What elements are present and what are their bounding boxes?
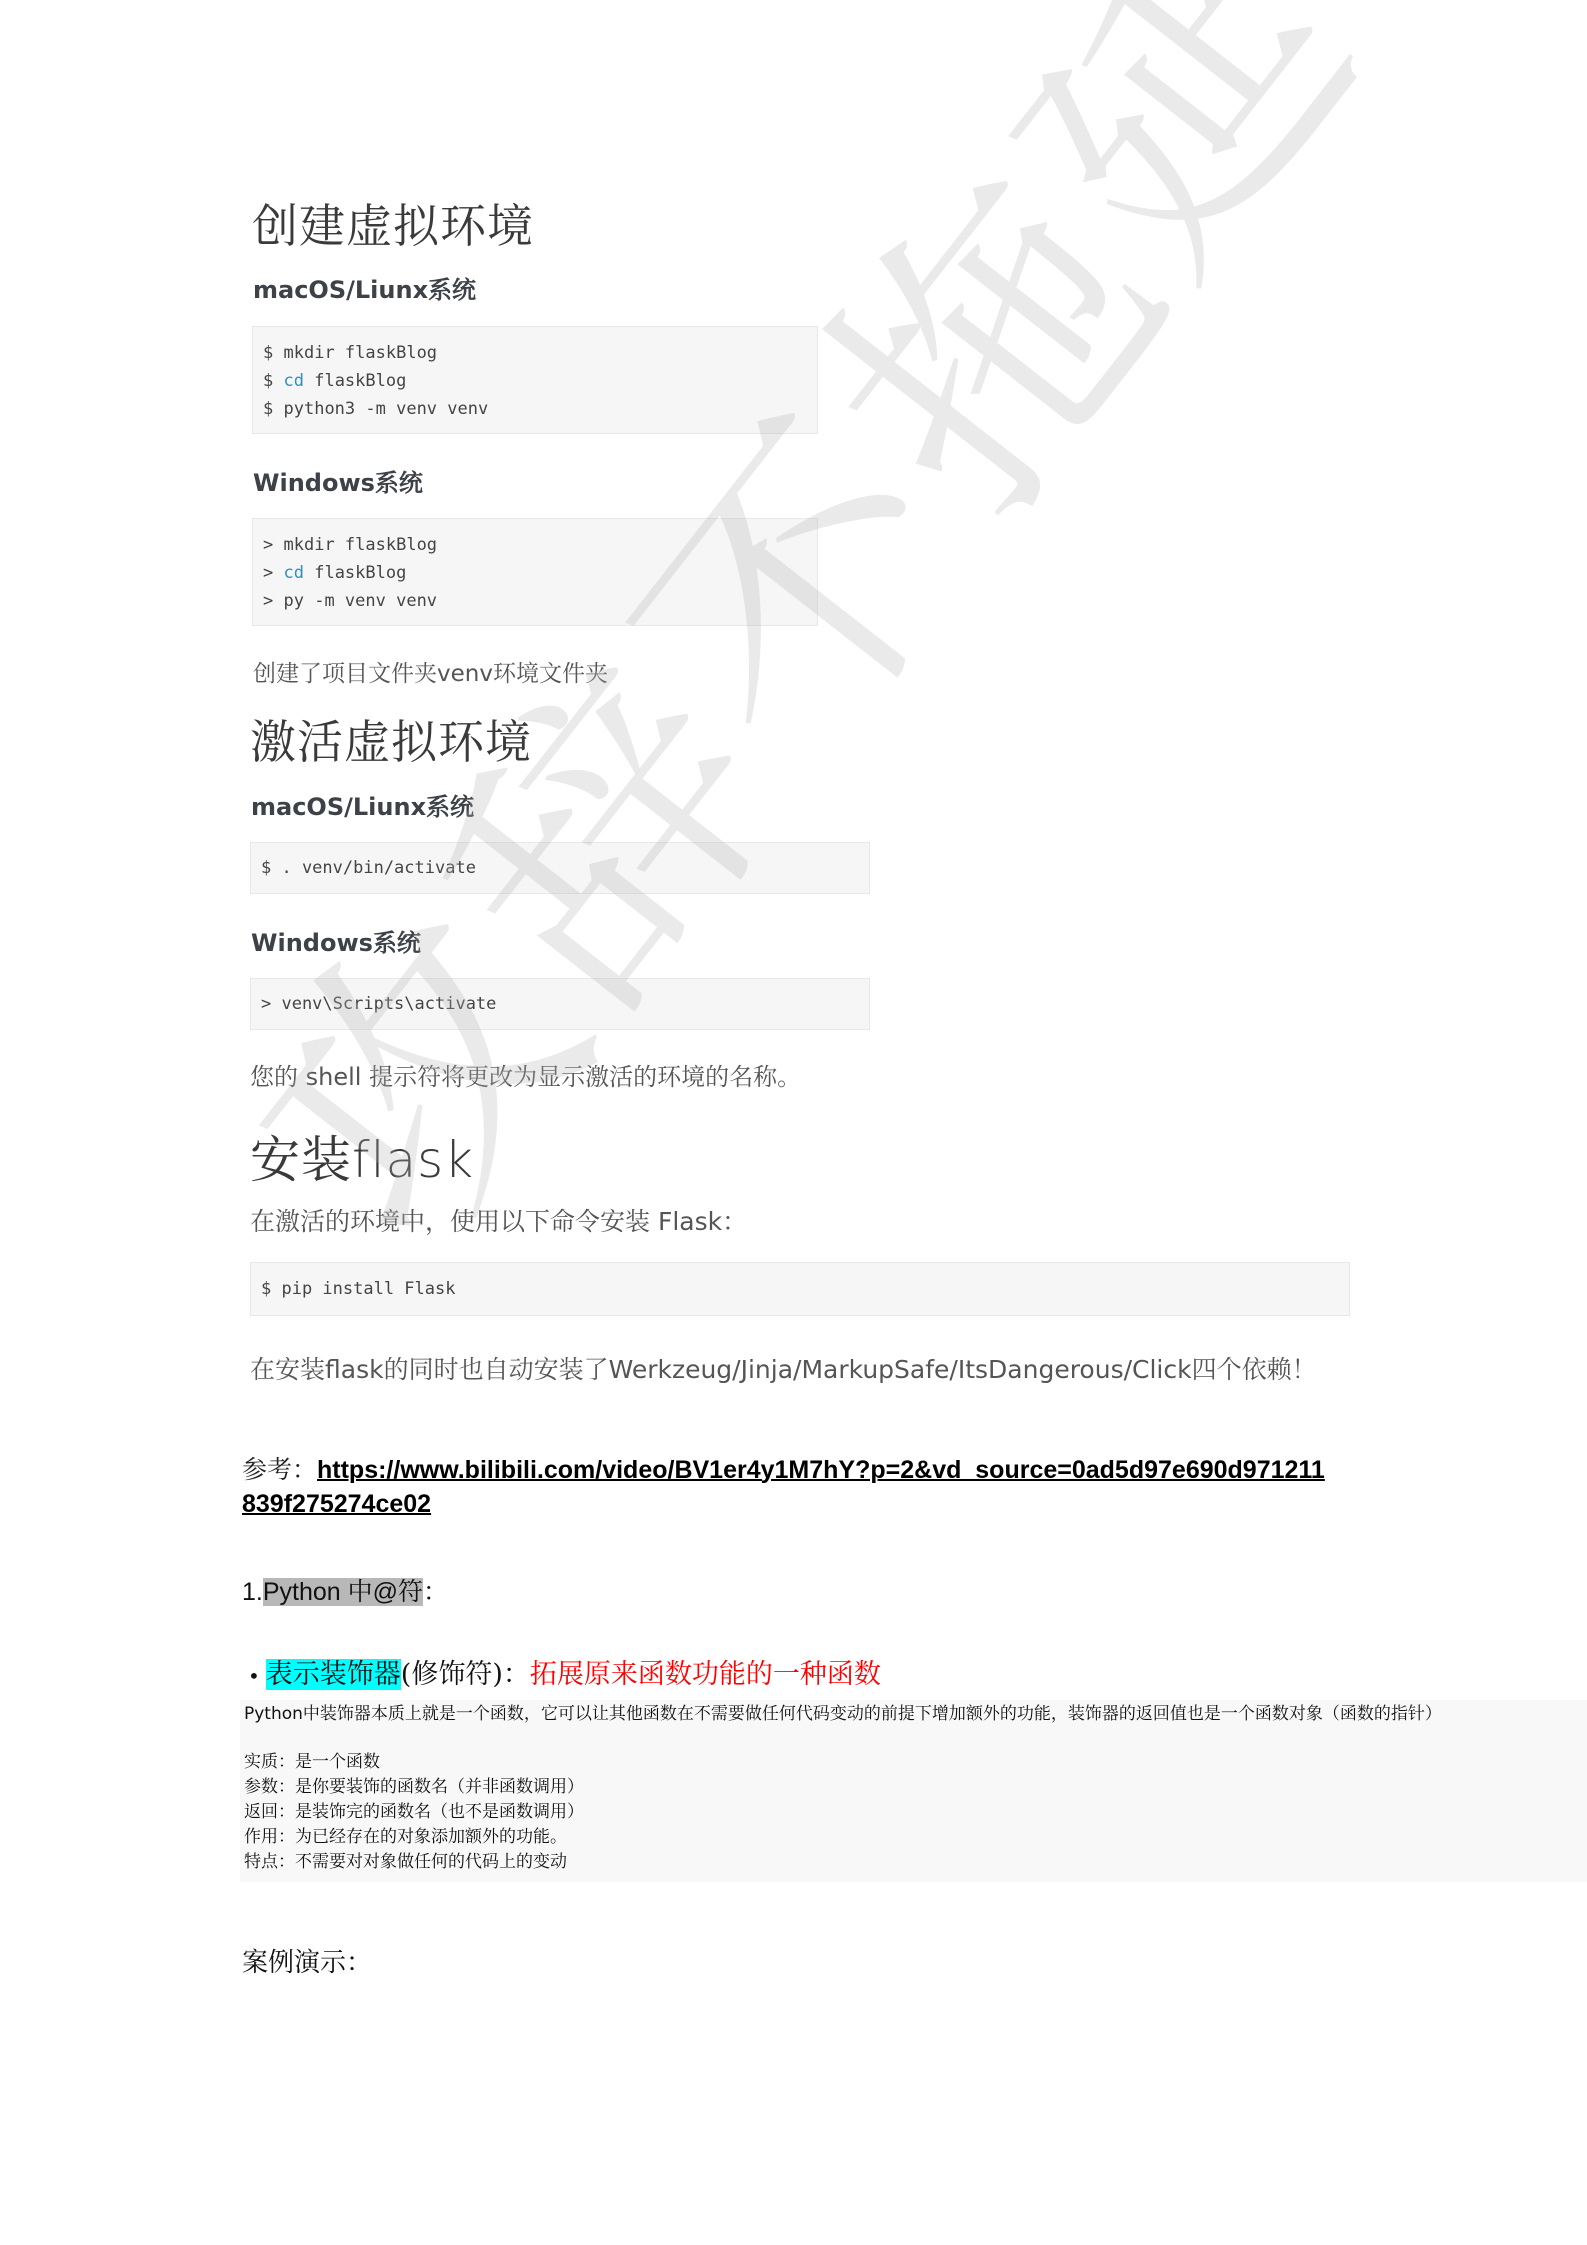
heading-create-venv: 创建虚拟环境: [252, 190, 534, 256]
code-line: > py -m venv venv: [263, 587, 807, 615]
section-python-at: 1.Python 中@符：: [242, 1572, 448, 1608]
property-line: 作用：为已经存在的对象添加额外的功能。: [240, 1825, 1587, 1850]
code-block-pip-install: $ pip install Flask: [250, 1262, 1350, 1316]
code-line: $ . venv/bin/activate: [261, 854, 859, 882]
code-line: $ cd flaskBlog: [263, 367, 807, 395]
section-title: Python 中@符: [263, 1578, 423, 1606]
subheading-mac-linux-activate: macOS/Liunx系统: [251, 787, 474, 822]
code-line: $ mkdir flaskBlog: [263, 339, 807, 367]
decorator-highlight: 表示装饰器: [266, 1659, 401, 1690]
code-line: $ pip install Flask: [261, 1275, 1339, 1303]
reference-link-continued[interactable]: 839f275274ce02: [242, 1490, 431, 1518]
code-block-mac-activate: $ . venv/bin/activate: [250, 842, 870, 894]
decorator-paren: (修饰符)：: [401, 1659, 530, 1690]
install-intro: 在激活的环境中，使用以下命令安装 Flask：: [250, 1202, 747, 1238]
code-line: > venv\Scripts\activate: [261, 990, 859, 1018]
code-line: $ python3 -m venv venv: [263, 395, 807, 423]
decorator-notes: Python中装饰器本质上就是一个函数，它可以让其他函数在不需要做任何代码变动的…: [240, 1700, 1587, 1882]
case-demo-label: 案例演示：: [242, 1942, 372, 1979]
decorator-bullet: •表示装饰器(修饰符)：拓展原来函数功能的一种函数: [248, 1652, 881, 1691]
subheading-windows-activate: Windows系统: [251, 923, 421, 958]
reference-label: 参考：: [242, 1455, 317, 1484]
section-number: 1.: [242, 1578, 263, 1606]
property-line: 实质：是一个函数: [240, 1750, 1587, 1775]
reference-line-2: 839f275274ce02: [242, 1490, 431, 1519]
property-line: 返回：是装饰完的函数名（也不是函数调用）: [240, 1800, 1587, 1825]
reference-link[interactable]: https://www.bilibili.com/video/BV1er4y1M…: [317, 1456, 1325, 1484]
code-block-win-activate: > venv\Scripts\activate: [250, 978, 870, 1030]
heading-activate-venv: 激活虚拟环境: [250, 706, 532, 772]
code-block-win-create: > mkdir flaskBlog > cd flaskBlog > py -m…: [252, 518, 818, 626]
subheading-windows: Windows系统: [253, 463, 423, 498]
install-note: 在安装flask的同时也自动安装了Werkzeug/Jinja/MarkupSa…: [250, 1350, 1317, 1386]
heading-install-flask: 安装flask: [250, 1120, 474, 1192]
decorator-description: Python中装饰器本质上就是一个函数，它可以让其他函数在不需要做任何代码变动的…: [240, 1702, 1587, 1727]
code-line: > cd flaskBlog: [263, 559, 807, 587]
code-block-mac-create: $ mkdir flaskBlog $ cd flaskBlog $ pytho…: [252, 326, 818, 434]
decorator-definition: 拓展原来函数功能的一种函数: [530, 1659, 881, 1690]
property-line: 参数：是你要装饰的函数名（并非函数调用）: [240, 1775, 1587, 1800]
code-line: > mkdir flaskBlog: [263, 531, 807, 559]
activate-note: 您的 shell 提示符将更改为显示激活的环境的名称。: [250, 1057, 801, 1092]
reference-line: 参考：https://www.bilibili.com/video/BV1er4…: [242, 1450, 1325, 1486]
bullet-icon: •: [248, 1664, 260, 1688]
create-note: 创建了项目文件夹venv环境文件夹: [253, 655, 608, 688]
subheading-mac-linux: macOS/Liunx系统: [253, 270, 476, 305]
property-line: 特点：不需要对对象做任何的代码上的变动: [240, 1850, 1587, 1875]
